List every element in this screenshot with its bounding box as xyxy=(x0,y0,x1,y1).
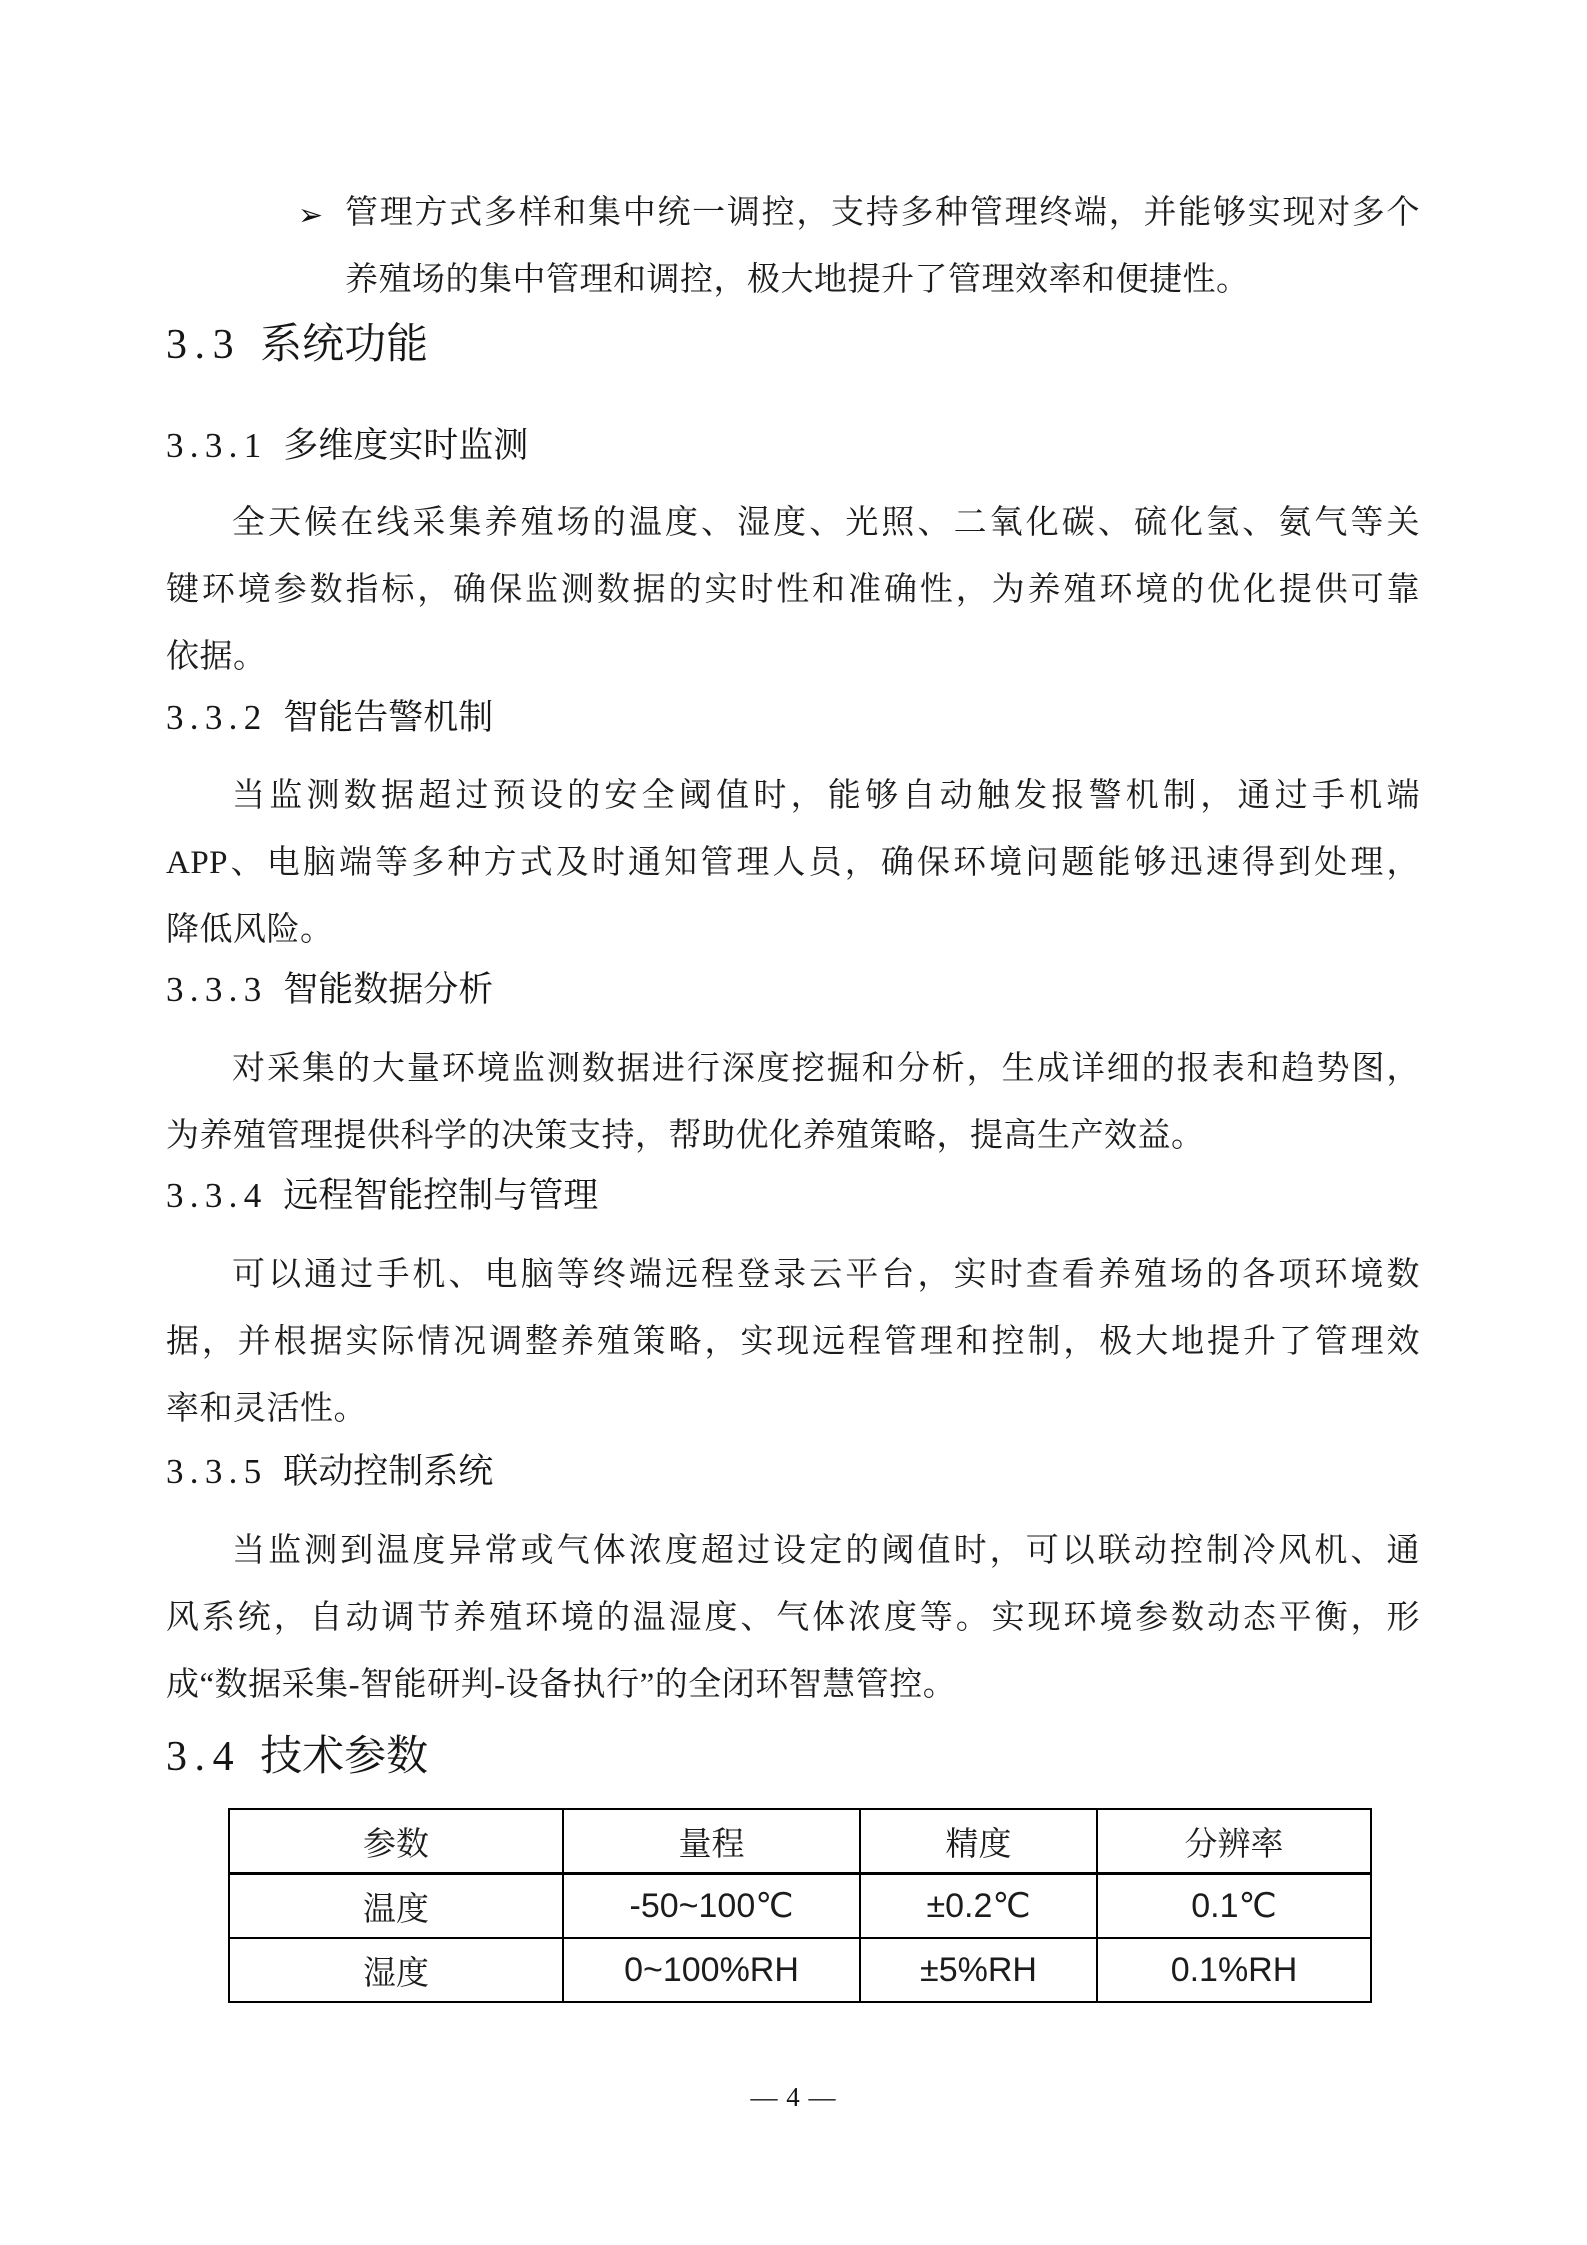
heading-3-3-5: 3.3.5联动控制系统 xyxy=(166,1450,493,1494)
paragraph-line: 率和灵活性。 xyxy=(166,1376,1420,1443)
heading-text: 远程智能控制与管理 xyxy=(283,1176,598,1215)
bullet-item: 管理方式多样和集中统一调控，支持多种管理终端，并能够实现对多个 养殖场的集中管理… xyxy=(345,180,1420,314)
heading-number: 3.3.4 xyxy=(166,1176,268,1215)
bullet-line: 养殖场的集中管理和调控，极大地提升了管理效率和便捷性。 xyxy=(345,247,1420,314)
paragraph-3-3-4: 可以通过手机、电脑等终端远程登录云平台，实时查看养殖场的各项环境数 据，并根据实… xyxy=(166,1242,1420,1443)
table-cell: 0.1%RH xyxy=(1097,1938,1371,2002)
paragraph-3-3-3: 对采集的大量环境监测数据进行深度挖掘和分析，生成详细的报表和趋势图， 为养殖管理… xyxy=(166,1036,1420,1170)
paragraph-3-3-5: 当监测到温度异常或气体浓度超过设定的阈值时，可以联动控制冷风机、通 风系统，自动… xyxy=(166,1518,1420,1719)
table-header-cell: 精度 xyxy=(860,1809,1097,1874)
paragraph-line: 可以通过手机、电脑等终端远程登录云平台，实时查看养殖场的各项环境数 xyxy=(166,1242,1420,1309)
paragraph-3-3-1: 全天候在线采集养殖场的温度、湿度、光照、二氧化碳、硫化氢、氨气等关 键环境参数指… xyxy=(166,490,1420,691)
table-cell: -50~100℃ xyxy=(563,1874,860,1939)
table-header-cell: 分辨率 xyxy=(1097,1809,1371,1874)
table-cell: ±0.2℃ xyxy=(860,1874,1097,1939)
heading-3-3-2: 3.3.2智能告警机制 xyxy=(166,696,493,740)
heading-number: 3.3.5 xyxy=(166,1452,268,1491)
table-cell: 0.1℃ xyxy=(1097,1874,1371,1939)
heading-text: 联动控制系统 xyxy=(283,1452,493,1491)
table-cell: 温度 xyxy=(229,1874,563,1939)
paragraph-line: 依据。 xyxy=(166,624,1420,691)
heading-number: 3.3.1 xyxy=(166,426,268,465)
paragraph-line: 全天候在线采集养殖场的温度、湿度、光照、二氧化碳、硫化氢、氨气等关 xyxy=(166,490,1420,557)
paragraph-line: 当监测到温度异常或气体浓度超过设定的阈值时，可以联动控制冷风机、通 xyxy=(166,1518,1420,1585)
paragraph-line: 键环境参数指标，确保监测数据的实时性和准确性，为养殖环境的优化提供可靠 xyxy=(166,557,1420,624)
paragraph-line: APP、电脑端等多种方式及时通知管理人员，确保环境问题能够迅速得到处理， xyxy=(166,830,1420,897)
paragraph-line: 风系统，自动调节养殖环境的温湿度、气体浓度等。实现环境参数动态平衡，形 xyxy=(166,1585,1420,1652)
page-number: — 4 — xyxy=(0,2082,1587,2113)
paragraph-line: 为养殖管理提供科学的决策支持，帮助优化养殖策略，提高生产效益。 xyxy=(166,1103,1420,1170)
heading-text: 系统功能 xyxy=(260,322,428,368)
heading-number: 3.3 xyxy=(166,322,241,368)
heading-number: 3.3.3 xyxy=(166,970,268,1009)
table-header-cell: 参数 xyxy=(229,1809,563,1874)
paragraph-3-3-2: 当监测数据超过预设的安全阈值时，能够自动触发报警机制，通过手机端 APP、电脑端… xyxy=(166,763,1420,964)
heading-text: 多维度实时监测 xyxy=(283,426,528,465)
heading-3-4: 3.4技术参数 xyxy=(166,1732,428,1782)
table-cell: ±5%RH xyxy=(860,1938,1097,2002)
heading-3-3-3: 3.3.3智能数据分析 xyxy=(166,968,493,1012)
table-row: 温度 -50~100℃ ±0.2℃ 0.1℃ xyxy=(229,1874,1371,1939)
heading-text: 智能告警机制 xyxy=(283,698,493,737)
paragraph-line: 降低风险。 xyxy=(166,897,1420,964)
heading-text: 智能数据分析 xyxy=(283,970,493,1009)
table-header-row: 参数 量程 精度 分辨率 xyxy=(229,1809,1371,1874)
bullet-arrow-icon: ➢ xyxy=(298,182,323,249)
table-cell: 0~100%RH xyxy=(563,1938,860,2002)
table-row: 湿度 0~100%RH ±5%RH 0.1%RH xyxy=(229,1938,1371,2002)
paragraph-line: 当监测数据超过预设的安全阈值时，能够自动触发报警机制，通过手机端 xyxy=(166,763,1420,830)
heading-text: 技术参数 xyxy=(260,1734,428,1780)
paragraph-line: 成“数据采集-智能研判-设备执行”的全闭环智慧管控。 xyxy=(166,1652,1420,1719)
heading-number: 3.3.2 xyxy=(166,698,268,737)
heading-number: 3.4 xyxy=(166,1734,241,1780)
document-page: ➢ 管理方式多样和集中统一调控，支持多种管理终端，并能够实现对多个 养殖场的集中… xyxy=(0,0,1587,2245)
tech-params-table: 参数 量程 精度 分辨率 温度 -50~100℃ ±0.2℃ 0.1℃ 湿度 0… xyxy=(228,1808,1372,2003)
heading-3-3-4: 3.3.4远程智能控制与管理 xyxy=(166,1174,598,1218)
paragraph-line: 据，并根据实际情况调整养殖策略，实现远程管理和控制，极大地提升了管理效 xyxy=(166,1309,1420,1376)
paragraph-line: 对采集的大量环境监测数据进行深度挖掘和分析，生成详细的报表和趋势图， xyxy=(166,1036,1420,1103)
bullet-line: 管理方式多样和集中统一调控，支持多种管理终端，并能够实现对多个 xyxy=(345,180,1420,247)
table-header-cell: 量程 xyxy=(563,1809,860,1874)
heading-3-3-1: 3.3.1多维度实时监测 xyxy=(166,424,528,468)
table-cell: 湿度 xyxy=(229,1938,563,2002)
heading-3-3: 3.3系统功能 xyxy=(166,320,428,370)
